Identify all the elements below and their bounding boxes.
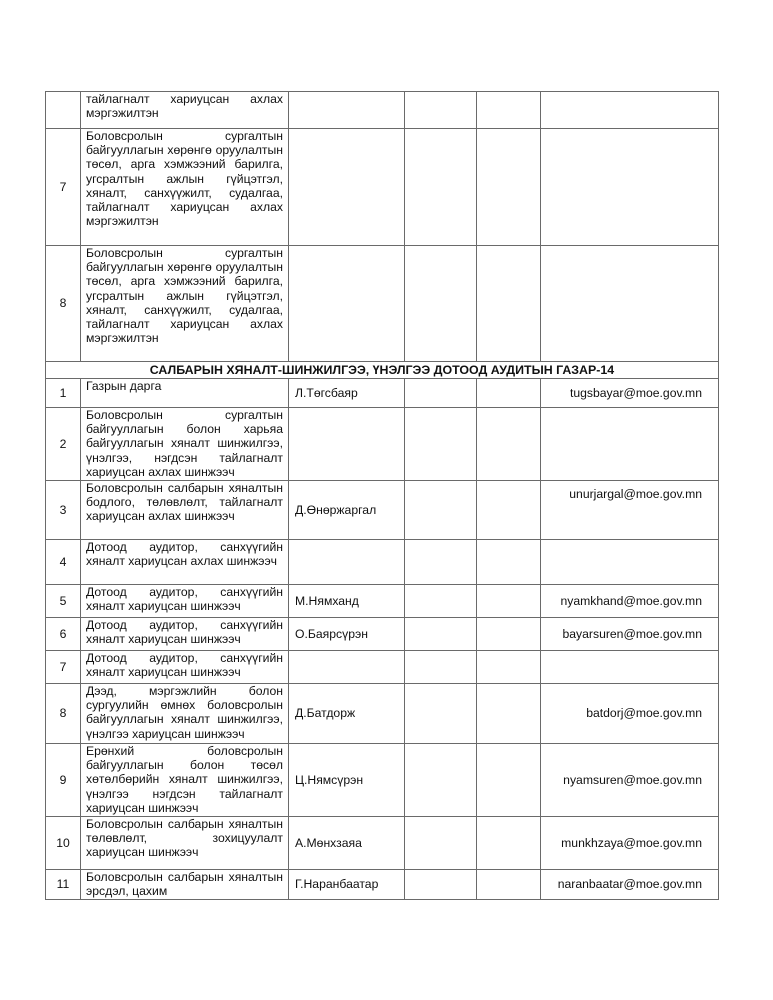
- empty-cell: [477, 92, 541, 129]
- table-row: 8 Боловсролын сургалтын байгууллагын хөр…: [46, 246, 719, 362]
- table-row: 10 Боловсролын салбарын хяналтын төлөвлө…: [46, 817, 719, 870]
- position-description: Газрын дарга: [81, 379, 289, 408]
- email-link[interactable]: munkhzaya@moe.gov.mn: [541, 817, 719, 870]
- table-row: 7 Боловсролын сургалтын байгууллагын хөр…: [46, 129, 719, 246]
- email-link[interactable]: [541, 129, 719, 246]
- empty-cell: [477, 246, 541, 362]
- email-link[interactable]: [541, 246, 719, 362]
- row-number: 7: [46, 651, 81, 684]
- email-link[interactable]: [541, 651, 719, 684]
- row-number: 4: [46, 540, 81, 585]
- table-row: тайлагналт хариуцсан ахлах мэргэжилтэн: [46, 92, 719, 129]
- position-description: Боловсролын салбарын хяналтын бодлого, т…: [81, 481, 289, 540]
- table-row: 9 Ерөнхий боловсролын байгууллагын болон…: [46, 744, 719, 817]
- position-description: Дотоод аудитор, санхүүгийн хяналт хариуц…: [81, 540, 289, 585]
- employee-name: [289, 129, 405, 246]
- employee-name: Ц.Нямсүрэн: [289, 744, 405, 817]
- row-number: [46, 92, 81, 129]
- empty-cell: [405, 585, 477, 618]
- employee-name: А.Мөнхзаяа: [289, 817, 405, 870]
- empty-cell: [477, 744, 541, 817]
- employee-name: [289, 540, 405, 585]
- empty-cell: [405, 481, 477, 540]
- position-description: Боловсролын салбарын хяналтын эрсдэл, ца…: [81, 870, 289, 900]
- position-description: тайлагналт хариуцсан ахлах мэргэжилтэн: [81, 92, 289, 129]
- email-link[interactable]: [541, 408, 719, 481]
- email-link[interactable]: nyamkhand@moe.gov.mn: [541, 585, 719, 618]
- empty-cell: [405, 744, 477, 817]
- table-row: 7 Дотоод аудитор, санхүүгийн хяналт хари…: [46, 651, 719, 684]
- empty-cell: [477, 540, 541, 585]
- employee-name: О.Баярсүрэн: [289, 618, 405, 651]
- empty-cell: [405, 540, 477, 585]
- section-title: САЛБАРЫН ХЯНАЛТ-ШИНЖИЛГЭЭ, ҮНЭЛГЭЭ ДОТОО…: [46, 362, 719, 379]
- table-row: 6 Дотоод аудитор, санхүүгийн хяналт хари…: [46, 618, 719, 651]
- employee-name: [289, 92, 405, 129]
- table-row: 1 Газрын дарга Л.Төгсбаяр tugsbayar@moe.…: [46, 379, 719, 408]
- email-link[interactable]: [541, 540, 719, 585]
- employee-name: Д.Батдорж: [289, 684, 405, 744]
- empty-cell: [477, 817, 541, 870]
- table-row: 4 Дотоод аудитор, санхүүгийн хяналт хари…: [46, 540, 719, 585]
- row-number: 2: [46, 408, 81, 481]
- table-row: 11 Боловсролын салбарын хяналтын эрсдэл,…: [46, 870, 719, 900]
- empty-cell: [477, 684, 541, 744]
- empty-cell: [477, 408, 541, 481]
- row-number: 10: [46, 817, 81, 870]
- position-description: Боловсролын сургалтын байгууллагын хөрөн…: [81, 129, 289, 246]
- table-row: 3 Боловсролын салбарын хяналтын бодлого,…: [46, 481, 719, 540]
- position-description: Боловсролын салбарын хяналтын төлөвлөлт,…: [81, 817, 289, 870]
- employee-name: [289, 651, 405, 684]
- empty-cell: [405, 870, 477, 900]
- empty-cell: [405, 684, 477, 744]
- email-link[interactable]: naranbaatar@moe.gov.mn: [541, 870, 719, 900]
- empty-cell: [405, 379, 477, 408]
- position-description: Боловсролын сургалтын байгууллагын болон…: [81, 408, 289, 481]
- employee-name: Д.Өнөржаргал: [289, 481, 405, 540]
- staff-directory-table: тайлагналт хариуцсан ахлах мэргэжилтэн 7…: [45, 91, 719, 900]
- email-link[interactable]: nyamsuren@moe.gov.mn: [541, 744, 719, 817]
- position-description: Дотоод аудитор, санхүүгийн хяналт хариуц…: [81, 585, 289, 618]
- email-link[interactable]: unurjargal@moe.gov.mn: [541, 481, 719, 540]
- empty-cell: [405, 618, 477, 651]
- employee-name: М.Нямханд: [289, 585, 405, 618]
- employee-name: Г.Наранбаатар: [289, 870, 405, 900]
- empty-cell: [405, 129, 477, 246]
- row-number: 3: [46, 481, 81, 540]
- employee-name: [289, 408, 405, 481]
- row-number: 11: [46, 870, 81, 900]
- empty-cell: [477, 379, 541, 408]
- employee-name: Л.Төгсбаяр: [289, 379, 405, 408]
- row-number: 5: [46, 585, 81, 618]
- empty-cell: [405, 246, 477, 362]
- empty-cell: [477, 870, 541, 900]
- table-row: 2 Боловсролын сургалтын байгууллагын бол…: [46, 408, 719, 481]
- row-number: 9: [46, 744, 81, 817]
- position-description: Боловсролын сургалтын байгууллагын хөрөн…: [81, 246, 289, 362]
- row-number: 8: [46, 246, 81, 362]
- table-row: 5 Дотоод аудитор, санхүүгийн хяналт хари…: [46, 585, 719, 618]
- table-row: 8 Дээд, мэргэжлийн болон сургуулийн өмнө…: [46, 684, 719, 744]
- row-number: 6: [46, 618, 81, 651]
- row-number: 7: [46, 129, 81, 246]
- email-link[interactable]: [541, 92, 719, 129]
- empty-cell: [477, 651, 541, 684]
- email-link[interactable]: batdorj@moe.gov.mn: [541, 684, 719, 744]
- position-description: Ерөнхий боловсролын байгууллагын болон т…: [81, 744, 289, 817]
- position-description: Дотоод аудитор, санхүүгийн хяналт хариуц…: [81, 651, 289, 684]
- position-description: Дотоод аудитор, санхүүгийн хяналт хариуц…: [81, 618, 289, 651]
- empty-cell: [477, 481, 541, 540]
- empty-cell: [477, 585, 541, 618]
- empty-cell: [477, 129, 541, 246]
- empty-cell: [405, 651, 477, 684]
- empty-cell: [405, 408, 477, 481]
- row-number: 8: [46, 684, 81, 744]
- email-link[interactable]: tugsbayar@moe.gov.mn: [541, 379, 719, 408]
- empty-cell: [477, 618, 541, 651]
- row-number: 1: [46, 379, 81, 408]
- email-link[interactable]: bayarsuren@moe.gov.mn: [541, 618, 719, 651]
- empty-cell: [405, 92, 477, 129]
- position-description: Дээд, мэргэжлийн болон сургуулийн өмнөх …: [81, 684, 289, 744]
- empty-cell: [405, 817, 477, 870]
- section-header-row: САЛБАРЫН ХЯНАЛТ-ШИНЖИЛГЭЭ, ҮНЭЛГЭЭ ДОТОО…: [46, 362, 719, 379]
- employee-name: [289, 246, 405, 362]
